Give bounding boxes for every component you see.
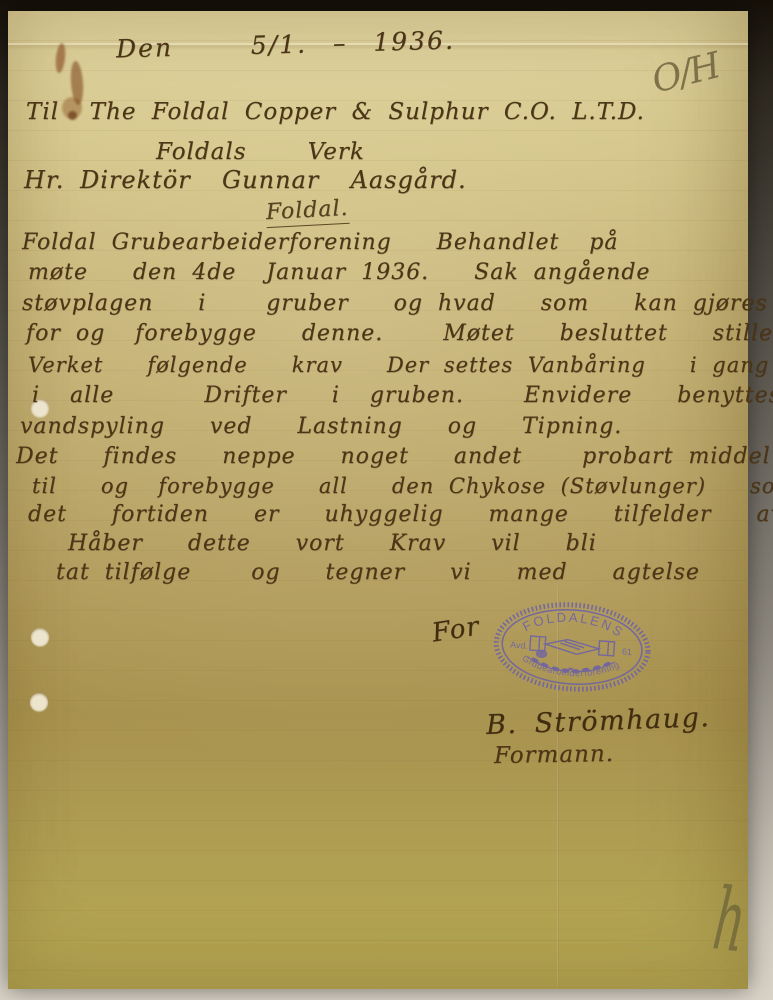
- rust-stain: [54, 43, 66, 74]
- punch-hole: [31, 628, 49, 646]
- handshake-icon: [529, 636, 614, 662]
- body-line: vandspyling ved Lastning og Tipning.: [20, 414, 622, 440]
- signature: B. Strömhaug.: [486, 705, 711, 739]
- body-line: det fortiden er uhyggelig mange tilfelde…: [28, 502, 773, 528]
- pencil-initials: O/H: [648, 45, 723, 101]
- letter-paper: Den 5/1. – 1936. O/H Til The Foldal Copp…: [8, 11, 748, 989]
- body-line: til og forebygge all den Chykose (Støvlu…: [32, 473, 773, 499]
- recipient-line-director: Hr. Direktör Gunnar Aasgård.: [24, 167, 467, 193]
- signature-title: Formann.: [494, 741, 614, 769]
- body-line: Verket følgende krav Der settes Vanbårin…: [28, 352, 769, 378]
- union-rubber-stamp: FOLDALENS Grubearbeiderförening Avd. 61: [466, 574, 680, 723]
- body-line: Håber dette vort Krav vil bli: [68, 531, 597, 557]
- body-line: Det findes neppe noget andet probart mid…: [16, 444, 771, 470]
- recipient-line-company: Til The Foldal Copper & Sulphur C.O. L.T…: [26, 99, 645, 125]
- body-line: møte den 4de Januar 1936. Sak angående: [28, 260, 650, 286]
- stamp-right-text: 61: [622, 646, 633, 657]
- pencil-mark: h: [708, 870, 750, 973]
- body-line: støvplagen i gruber og hvad som kan gjør…: [22, 291, 768, 317]
- body-line: for og forebygge denne. Møtet besluttet …: [26, 321, 773, 347]
- scanned-letter-page: { "document": { "date_line": "Den 5/1. –…: [0, 0, 773, 1000]
- recipient-line-works: Foldals Verk: [156, 139, 365, 165]
- place-line: Foldal.: [265, 196, 349, 228]
- stamp-left-text: Avd.: [510, 640, 529, 651]
- date-line: Den 5/1. – 1936.: [116, 28, 456, 63]
- punch-hole: [30, 693, 48, 711]
- body-line: Foldal Grubearbeiderforening Behandlet p…: [22, 230, 619, 256]
- body-line: i alle Drifter i gruben. Envidere benytt…: [32, 383, 773, 409]
